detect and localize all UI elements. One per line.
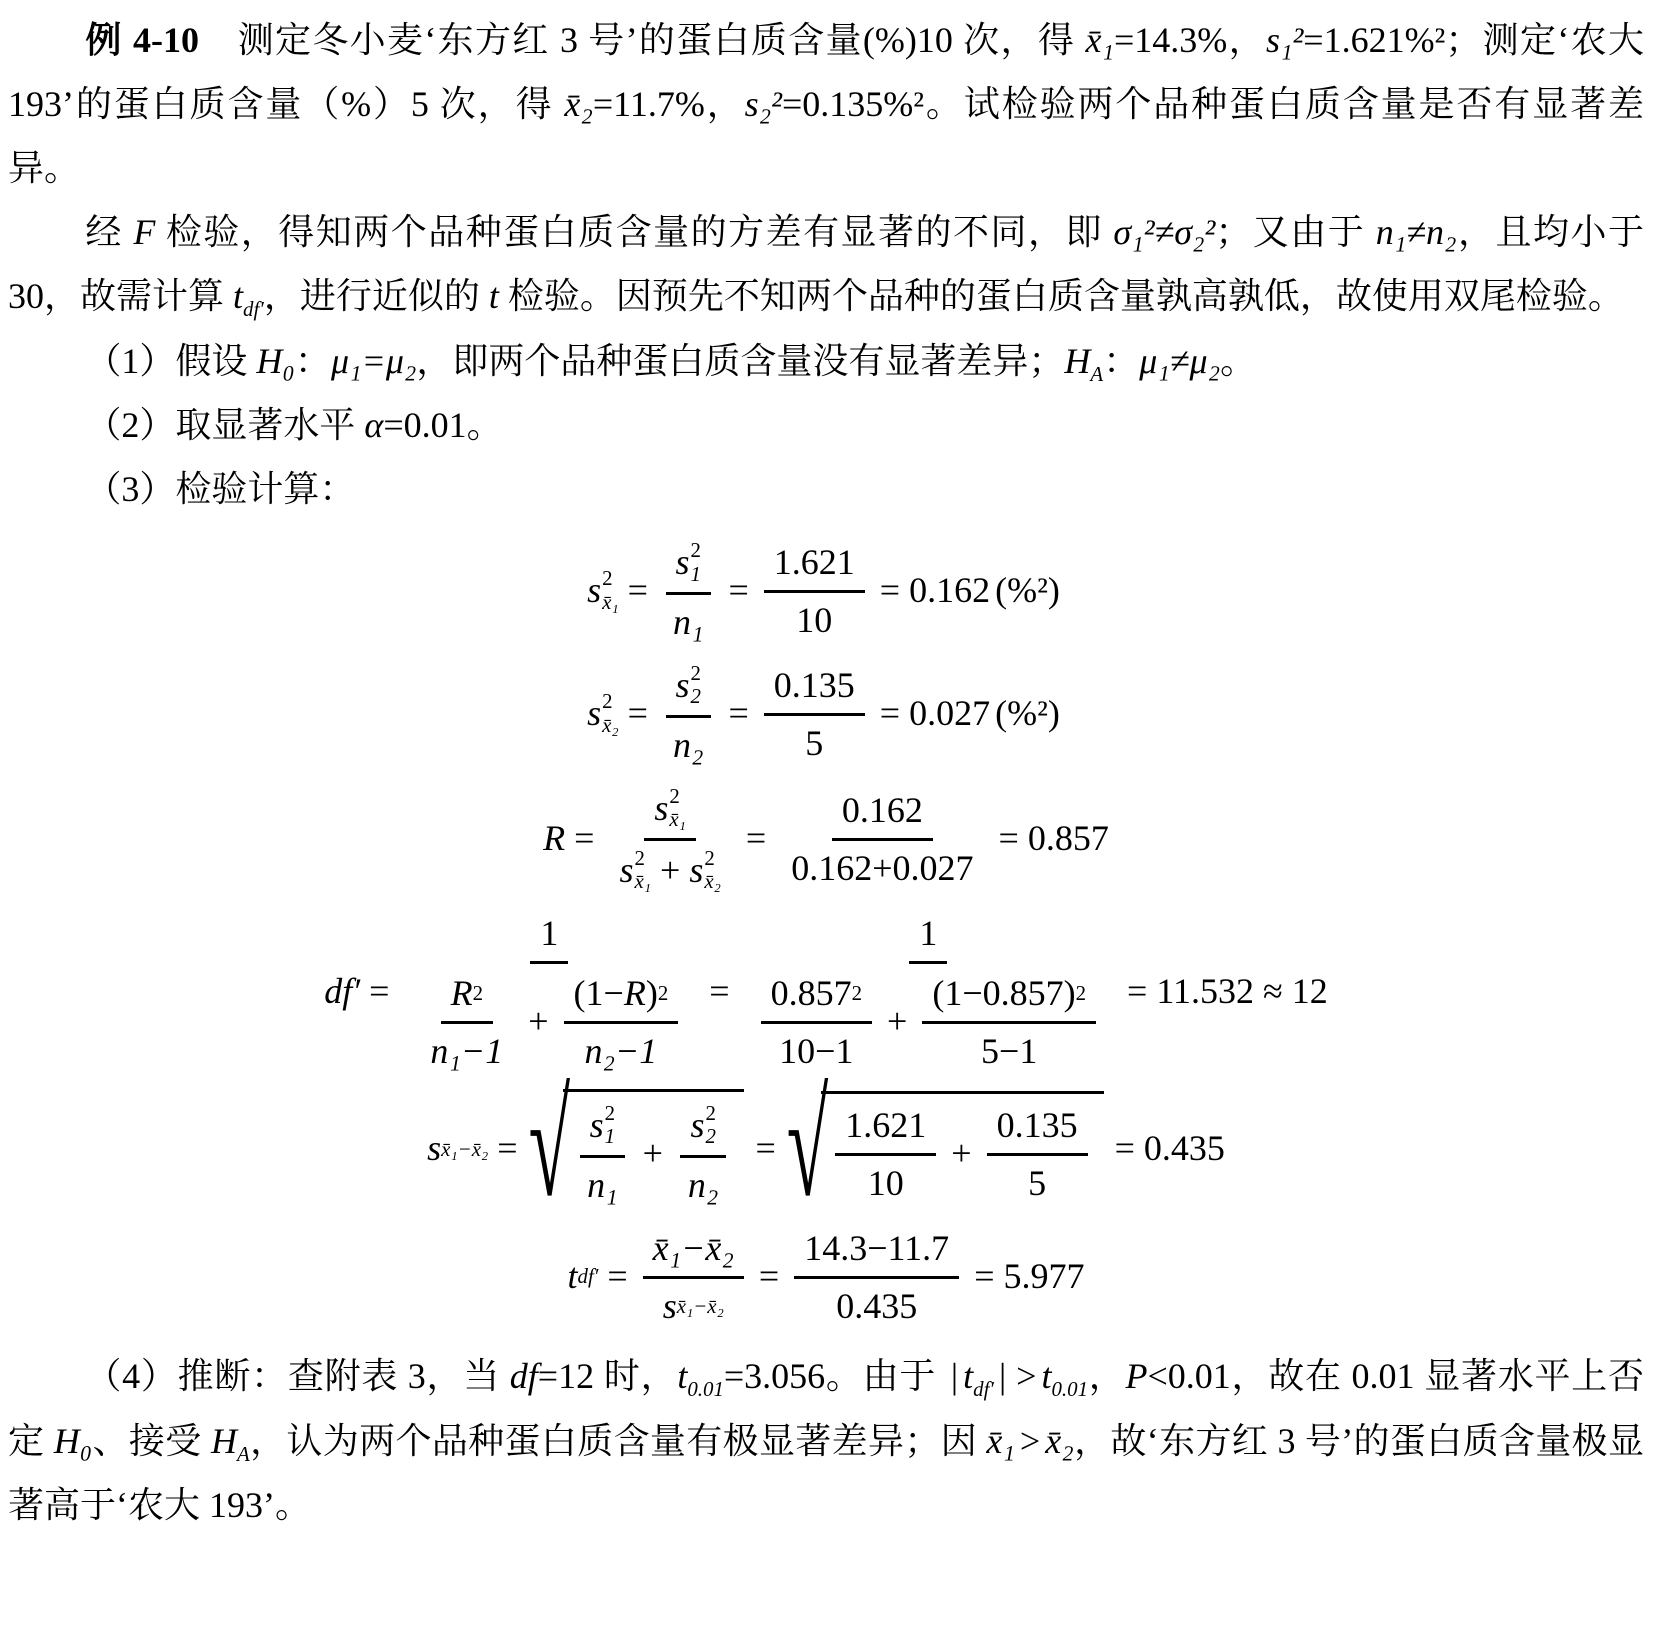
math-sub: x̄₂ bbox=[704, 870, 721, 893]
text-run: ： bbox=[295, 341, 331, 381]
radical-sign: √ bbox=[529, 1074, 571, 1221]
unit: (%²) bbox=[995, 569, 1060, 612]
denominator: n₂ bbox=[663, 718, 714, 767]
operator: + bbox=[887, 1000, 907, 1043]
step-2: （2）取显著水平 α=0.01。 bbox=[8, 393, 1644, 457]
conclusion-paragraph: （4）推断：查附表 3，当 df=12 时，t0.01=3.056。由于 |td… bbox=[8, 1344, 1644, 1537]
math-sup: 2 bbox=[602, 690, 612, 713]
math-sub: df′ bbox=[243, 298, 264, 322]
math-value: (1−0.857) bbox=[932, 972, 1075, 1015]
numerator: 1.621 bbox=[835, 1102, 936, 1156]
math-s1-squared: s₁² bbox=[1266, 20, 1303, 60]
text-run: 。 bbox=[1220, 341, 1256, 381]
math-s: s bbox=[654, 787, 668, 830]
denominator: n₂ bbox=[678, 1158, 729, 1207]
math-supsub: 2x̄₁ bbox=[602, 567, 619, 614]
math-sup: 2 bbox=[852, 981, 862, 1006]
math-paren: (1− bbox=[574, 972, 624, 1015]
operator: = bbox=[880, 692, 900, 735]
math-s: s bbox=[590, 1104, 604, 1147]
formula-variance-mean-1: s2x̄₁=s21n₁=1.62110=0.162(%²) bbox=[8, 537, 1644, 644]
text-run: =11.7%， bbox=[593, 84, 745, 124]
math-base: t bbox=[677, 1356, 687, 1396]
math-F: F bbox=[133, 212, 155, 252]
result-value: 11.532 ≈ 12 bbox=[1156, 970, 1327, 1013]
fraction: 1.62110 bbox=[764, 539, 865, 642]
math-HA: HA bbox=[211, 1421, 250, 1461]
text-run: =12 时， bbox=[538, 1356, 678, 1396]
operator: = bbox=[974, 1255, 994, 1298]
expression-row: R2n₁−1+(1−R)2n₂−1 bbox=[414, 970, 684, 1073]
math-value: 0.857 bbox=[771, 972, 852, 1015]
math-s: s bbox=[690, 1104, 704, 1147]
math-P: P bbox=[1126, 1356, 1148, 1396]
math-sub: x̄₁ bbox=[602, 591, 619, 614]
math-x1bar: x̄₁ bbox=[986, 1421, 1015, 1461]
math-supsub: 2x̄₂ bbox=[704, 847, 721, 894]
numerator: (1−R)2 bbox=[564, 970, 679, 1024]
math-t001: t0.01 bbox=[677, 1356, 724, 1396]
text-run: ， bbox=[1088, 1356, 1125, 1396]
step-1: （1）假设 H₀：μ₁=μ₂，即两个品种蛋白质含量没有显著差异；HA：μ₁≠μ₂… bbox=[8, 329, 1644, 393]
math-sup: 2 bbox=[658, 981, 668, 1006]
math-HA: HA bbox=[1064, 341, 1103, 381]
math-sup: 2 bbox=[635, 847, 645, 870]
abs-bar: | bbox=[951, 1356, 958, 1396]
numerator: 0.162 bbox=[832, 787, 933, 841]
text-run: ： bbox=[1103, 341, 1139, 381]
fraction: s21n₁ bbox=[663, 537, 714, 644]
math-sub: df′ bbox=[973, 1378, 994, 1402]
fraction: 0.1355 bbox=[764, 662, 865, 765]
math-mu-notequal: μ₁≠μ₂ bbox=[1139, 341, 1220, 381]
denominator: 10 bbox=[786, 593, 842, 642]
math-sup: 2 bbox=[691, 662, 701, 685]
abs-bar: | bbox=[999, 1356, 1006, 1396]
math-base: t bbox=[963, 1356, 973, 1396]
text-run: （4）推断：查附表 3，当 bbox=[85, 1356, 509, 1396]
text-run: =1.621%²； bbox=[1303, 20, 1481, 60]
operator: = bbox=[746, 817, 766, 860]
numerator: 1 bbox=[909, 910, 947, 964]
operator: + bbox=[660, 849, 680, 892]
operator: = bbox=[1127, 970, 1147, 1013]
text-run: （1）假设 bbox=[85, 341, 256, 381]
operator: + bbox=[643, 1132, 663, 1175]
denominator: 0.857210−1+(1−0.857)25−1 bbox=[745, 964, 1112, 1073]
text-run: ，即两个品种蛋白质含量没有显著差异； bbox=[416, 341, 1064, 381]
text-run: ；又由于 bbox=[1215, 212, 1375, 252]
math-s2-squared: s₂² bbox=[745, 84, 782, 124]
numerator: s21 bbox=[580, 1100, 625, 1158]
math-R: R bbox=[543, 817, 565, 860]
math-t: t bbox=[567, 1255, 577, 1298]
math-sup: 2 bbox=[605, 1102, 615, 1125]
math-x1bar: x̄₁ bbox=[1085, 20, 1114, 60]
denominator: n₁−1 bbox=[420, 1024, 513, 1073]
operator: > bbox=[1020, 1421, 1040, 1461]
math-s: s bbox=[676, 541, 690, 584]
denominator: 5 bbox=[795, 716, 833, 765]
text-run: 测定冬小麦‘东方红 3 号’的蛋白质含量(%)10 次，得 bbox=[238, 20, 1086, 60]
numerator: 14.3−11.7 bbox=[794, 1225, 959, 1279]
text-run: 检验，得知两个品种蛋白质含量的方差有显著的不同，即 bbox=[155, 212, 1113, 252]
text-run: 检验。因预先不知两个品种的蛋白质含量孰高孰低，故使用双尾检验。 bbox=[499, 276, 1624, 316]
math-paren: ) bbox=[646, 972, 658, 1015]
math-sup: 2 bbox=[704, 847, 714, 870]
text-run: 经 bbox=[85, 212, 133, 252]
math-s: s bbox=[587, 692, 601, 735]
text-run: =14.3%， bbox=[1114, 20, 1266, 60]
result-value: 0.162 bbox=[909, 569, 990, 612]
denominator: n₁ bbox=[577, 1158, 628, 1207]
fraction: 14.3−11.70.435 bbox=[794, 1225, 959, 1328]
operator: + bbox=[528, 1000, 548, 1043]
math-sub: x̄₁−x̄₂ bbox=[441, 1137, 488, 1162]
operator: = bbox=[728, 569, 748, 612]
operator: = bbox=[607, 1255, 627, 1298]
numerator: R2 bbox=[441, 970, 493, 1024]
math-sup: 2 bbox=[705, 1102, 715, 1125]
text-run: 、接受 bbox=[92, 1421, 211, 1461]
operator: = bbox=[628, 692, 648, 735]
text-run: =0.135%²。 bbox=[782, 84, 964, 124]
math-R: R bbox=[624, 972, 646, 1015]
fraction: (1−0.857)25−1 bbox=[922, 970, 1096, 1073]
math-sub: A bbox=[1090, 362, 1103, 386]
text-run: =3.056。由于 bbox=[724, 1356, 946, 1396]
math-supsub: 22 bbox=[705, 1102, 715, 1149]
math-t-df: tdf′ bbox=[233, 276, 264, 316]
math-sub: 1 bbox=[605, 1125, 615, 1148]
example-label: 例 4-10 bbox=[85, 20, 199, 60]
spacer bbox=[199, 20, 238, 60]
math-t: t bbox=[489, 276, 499, 316]
math-t001: t0.01 bbox=[1041, 1356, 1088, 1396]
math-s: s bbox=[689, 849, 703, 892]
math-alpha: α bbox=[364, 405, 383, 445]
math-supsub: 2x̄₁ bbox=[669, 785, 686, 832]
denominator: 5 bbox=[1018, 1156, 1056, 1205]
math-x2bar: x̄₂ bbox=[1045, 1421, 1074, 1461]
math-supsub: 21 bbox=[691, 539, 701, 586]
numerator: 0.135 bbox=[987, 1102, 1088, 1156]
fraction: 0.1620.162+0.027 bbox=[781, 787, 983, 890]
denominator: 0.435 bbox=[826, 1279, 927, 1328]
operator: = bbox=[999, 817, 1019, 860]
fraction: x̄₁−x̄₂sx̄₁−x̄₂ bbox=[643, 1225, 744, 1328]
numerator: 0.8572 bbox=[761, 970, 872, 1024]
formula-df: df′=1R2n₁−1+(1−R)2n₂−1=10.857210−1+(1−0.… bbox=[8, 910, 1644, 1074]
operator: = bbox=[369, 970, 389, 1013]
operator: = bbox=[497, 1127, 517, 1170]
math-n-compare: n₁≠n₂ bbox=[1376, 212, 1457, 252]
fraction: 1R2n₁−1+(1−R)2n₂−1 bbox=[404, 910, 694, 1074]
fraction: 1.62110 bbox=[835, 1102, 936, 1205]
operator: = bbox=[880, 569, 900, 612]
denominator: sx̄₁−x̄₂ bbox=[653, 1279, 734, 1328]
unit: (%²) bbox=[995, 692, 1060, 735]
math-H0: H₀ bbox=[256, 341, 295, 381]
radicand: 1.62110+0.1355 bbox=[821, 1091, 1103, 1207]
formula-R: R=s2x̄₁s2x̄₁+s2x̄₂=0.1620.162+0.027=0.85… bbox=[8, 783, 1644, 894]
text-run: （3）检验计算： bbox=[85, 469, 355, 509]
math-supsub: 2x̄₂ bbox=[602, 690, 619, 737]
math-supsub: 22 bbox=[691, 662, 701, 709]
operator: + bbox=[951, 1132, 971, 1175]
radicand: s21n₁+s22n₂ bbox=[563, 1089, 744, 1209]
math-s: s bbox=[619, 849, 633, 892]
math-x2bar: x̄₂ bbox=[564, 84, 593, 124]
numerator: 1.621 bbox=[764, 539, 865, 593]
numerator: s22 bbox=[666, 660, 711, 718]
math-s: s bbox=[587, 569, 601, 612]
numerator: s2x̄₁ bbox=[644, 783, 696, 841]
math-sub: 1 bbox=[691, 563, 701, 586]
numerator: x̄₁−x̄₂ bbox=[643, 1225, 744, 1279]
math-sup: 2 bbox=[669, 785, 679, 808]
text-run: （2）取显著水平 bbox=[85, 405, 364, 445]
math-sup: 2 bbox=[602, 567, 612, 590]
square-root: √1.62110+0.1355 bbox=[787, 1091, 1104, 1207]
fraction: 0.1355 bbox=[987, 1102, 1088, 1205]
operator: = bbox=[759, 1255, 779, 1298]
math-df: df bbox=[510, 1356, 538, 1396]
math-base: t bbox=[1041, 1356, 1051, 1396]
math-sub: 0.01 bbox=[687, 1378, 724, 1402]
step-3: （3）检验计算： bbox=[8, 457, 1644, 521]
text-run: ，认为两个品种蛋白质含量有极显著差异；因 bbox=[250, 1421, 987, 1461]
denominator: R2n₁−1+(1−R)2n₂−1 bbox=[404, 964, 694, 1073]
math-R: R bbox=[451, 972, 473, 1015]
denominator: 0.162+0.027 bbox=[781, 841, 983, 890]
math-s: s bbox=[427, 1127, 441, 1170]
denominator: 5−1 bbox=[971, 1024, 1047, 1073]
math-supsub: 2x̄₁ bbox=[635, 847, 652, 894]
math-sub: x̄₁ bbox=[669, 808, 686, 831]
formula-t: tdf′=x̄₁−x̄₂sx̄₁−x̄₂=14.3−11.70.435=5.97… bbox=[8, 1225, 1644, 1328]
math-sub: 2 bbox=[691, 685, 701, 708]
math-sup: 2 bbox=[691, 539, 701, 562]
math-H0: H₀ bbox=[54, 1421, 93, 1461]
math-sub: 0.01 bbox=[1051, 1378, 1088, 1402]
formula-variance-mean-2: s2x̄₂=s22n₂=0.1355=0.027(%²) bbox=[8, 660, 1644, 767]
denominator: 10 bbox=[858, 1156, 914, 1205]
expression-row: 0.857210−1+(1−0.857)25−1 bbox=[755, 970, 1102, 1073]
numerator: 1 bbox=[530, 910, 568, 964]
fraction: 10.857210−1+(1−0.857)25−1 bbox=[745, 910, 1112, 1074]
operator: = bbox=[728, 692, 748, 735]
operator: = bbox=[628, 569, 648, 612]
math-sigma-compare: σ₁²≠σ₂² bbox=[1113, 212, 1215, 252]
math-base: H bbox=[1064, 341, 1090, 381]
fraction: s22n₂ bbox=[678, 1100, 729, 1207]
math-mu-equal: μ₁=μ₂ bbox=[331, 341, 416, 381]
method-paragraph: 经 F 检验，得知两个品种蛋白质含量的方差有显著的不同，即 σ₁²≠σ₂²；又由… bbox=[8, 200, 1644, 328]
formula-se-diff: sx̄₁−x̄₂=√s21n₁+s22n₂=√1.62110+0.1355=0.… bbox=[8, 1089, 1644, 1209]
numerator: s21 bbox=[666, 537, 711, 595]
math-sub: df′ bbox=[578, 1264, 599, 1289]
math-base: H bbox=[211, 1421, 237, 1461]
result-value: 5.977 bbox=[1004, 1255, 1085, 1298]
radical-sign: √ bbox=[787, 1074, 829, 1221]
text-run: =0.01。 bbox=[383, 405, 502, 445]
result-value: 0.027 bbox=[909, 692, 990, 735]
math-sup: 2 bbox=[1076, 981, 1086, 1006]
denominator: n₂−1 bbox=[574, 1024, 667, 1073]
numerator: 0.135 bbox=[764, 662, 865, 716]
math-s: s bbox=[663, 1285, 677, 1328]
result-value: 0.435 bbox=[1144, 1127, 1225, 1170]
math-s: s bbox=[676, 664, 690, 707]
operator: > bbox=[1016, 1356, 1036, 1396]
math-sup: 2 bbox=[473, 981, 483, 1006]
operator: = bbox=[709, 970, 729, 1013]
math-t-df: tdf′ bbox=[963, 1356, 994, 1396]
numerator: s22 bbox=[680, 1100, 725, 1158]
fraction: 0.857210−1 bbox=[761, 970, 872, 1073]
text-run: ，进行近似的 bbox=[264, 276, 489, 316]
result-value: 0.857 bbox=[1028, 817, 1109, 860]
denominator: s2x̄₁+s2x̄₂ bbox=[609, 841, 730, 894]
math-df: df′ bbox=[324, 970, 360, 1013]
operator: = bbox=[1115, 1127, 1135, 1170]
denominator: n₁ bbox=[663, 595, 714, 644]
math-sub: 2 bbox=[705, 1125, 715, 1148]
operator: = bbox=[755, 1127, 775, 1170]
fraction: s22n₂ bbox=[663, 660, 714, 767]
fraction: (1−R)2n₂−1 bbox=[564, 970, 679, 1073]
math-supsub: 21 bbox=[605, 1102, 615, 1149]
math-sub: x̄₁−x̄₂ bbox=[677, 1294, 724, 1319]
math-base: t bbox=[233, 276, 243, 316]
math-sub: x̄₁ bbox=[635, 870, 652, 893]
intro-paragraph: 例 4-10 测定冬小麦‘东方红 3 号’的蛋白质含量(%)10 次，得 x̄₁… bbox=[8, 8, 1644, 200]
square-root: √s21n₁+s22n₂ bbox=[529, 1089, 745, 1209]
fraction: s21n₁ bbox=[577, 1100, 628, 1207]
math-sub: x̄₂ bbox=[602, 714, 619, 737]
math-sub: A bbox=[237, 1442, 250, 1466]
operator: = bbox=[574, 817, 594, 860]
numerator: (1−0.857)2 bbox=[922, 970, 1096, 1024]
fraction: s2x̄₁s2x̄₁+s2x̄₂ bbox=[609, 783, 730, 894]
fraction: R2n₁−1 bbox=[420, 970, 513, 1073]
